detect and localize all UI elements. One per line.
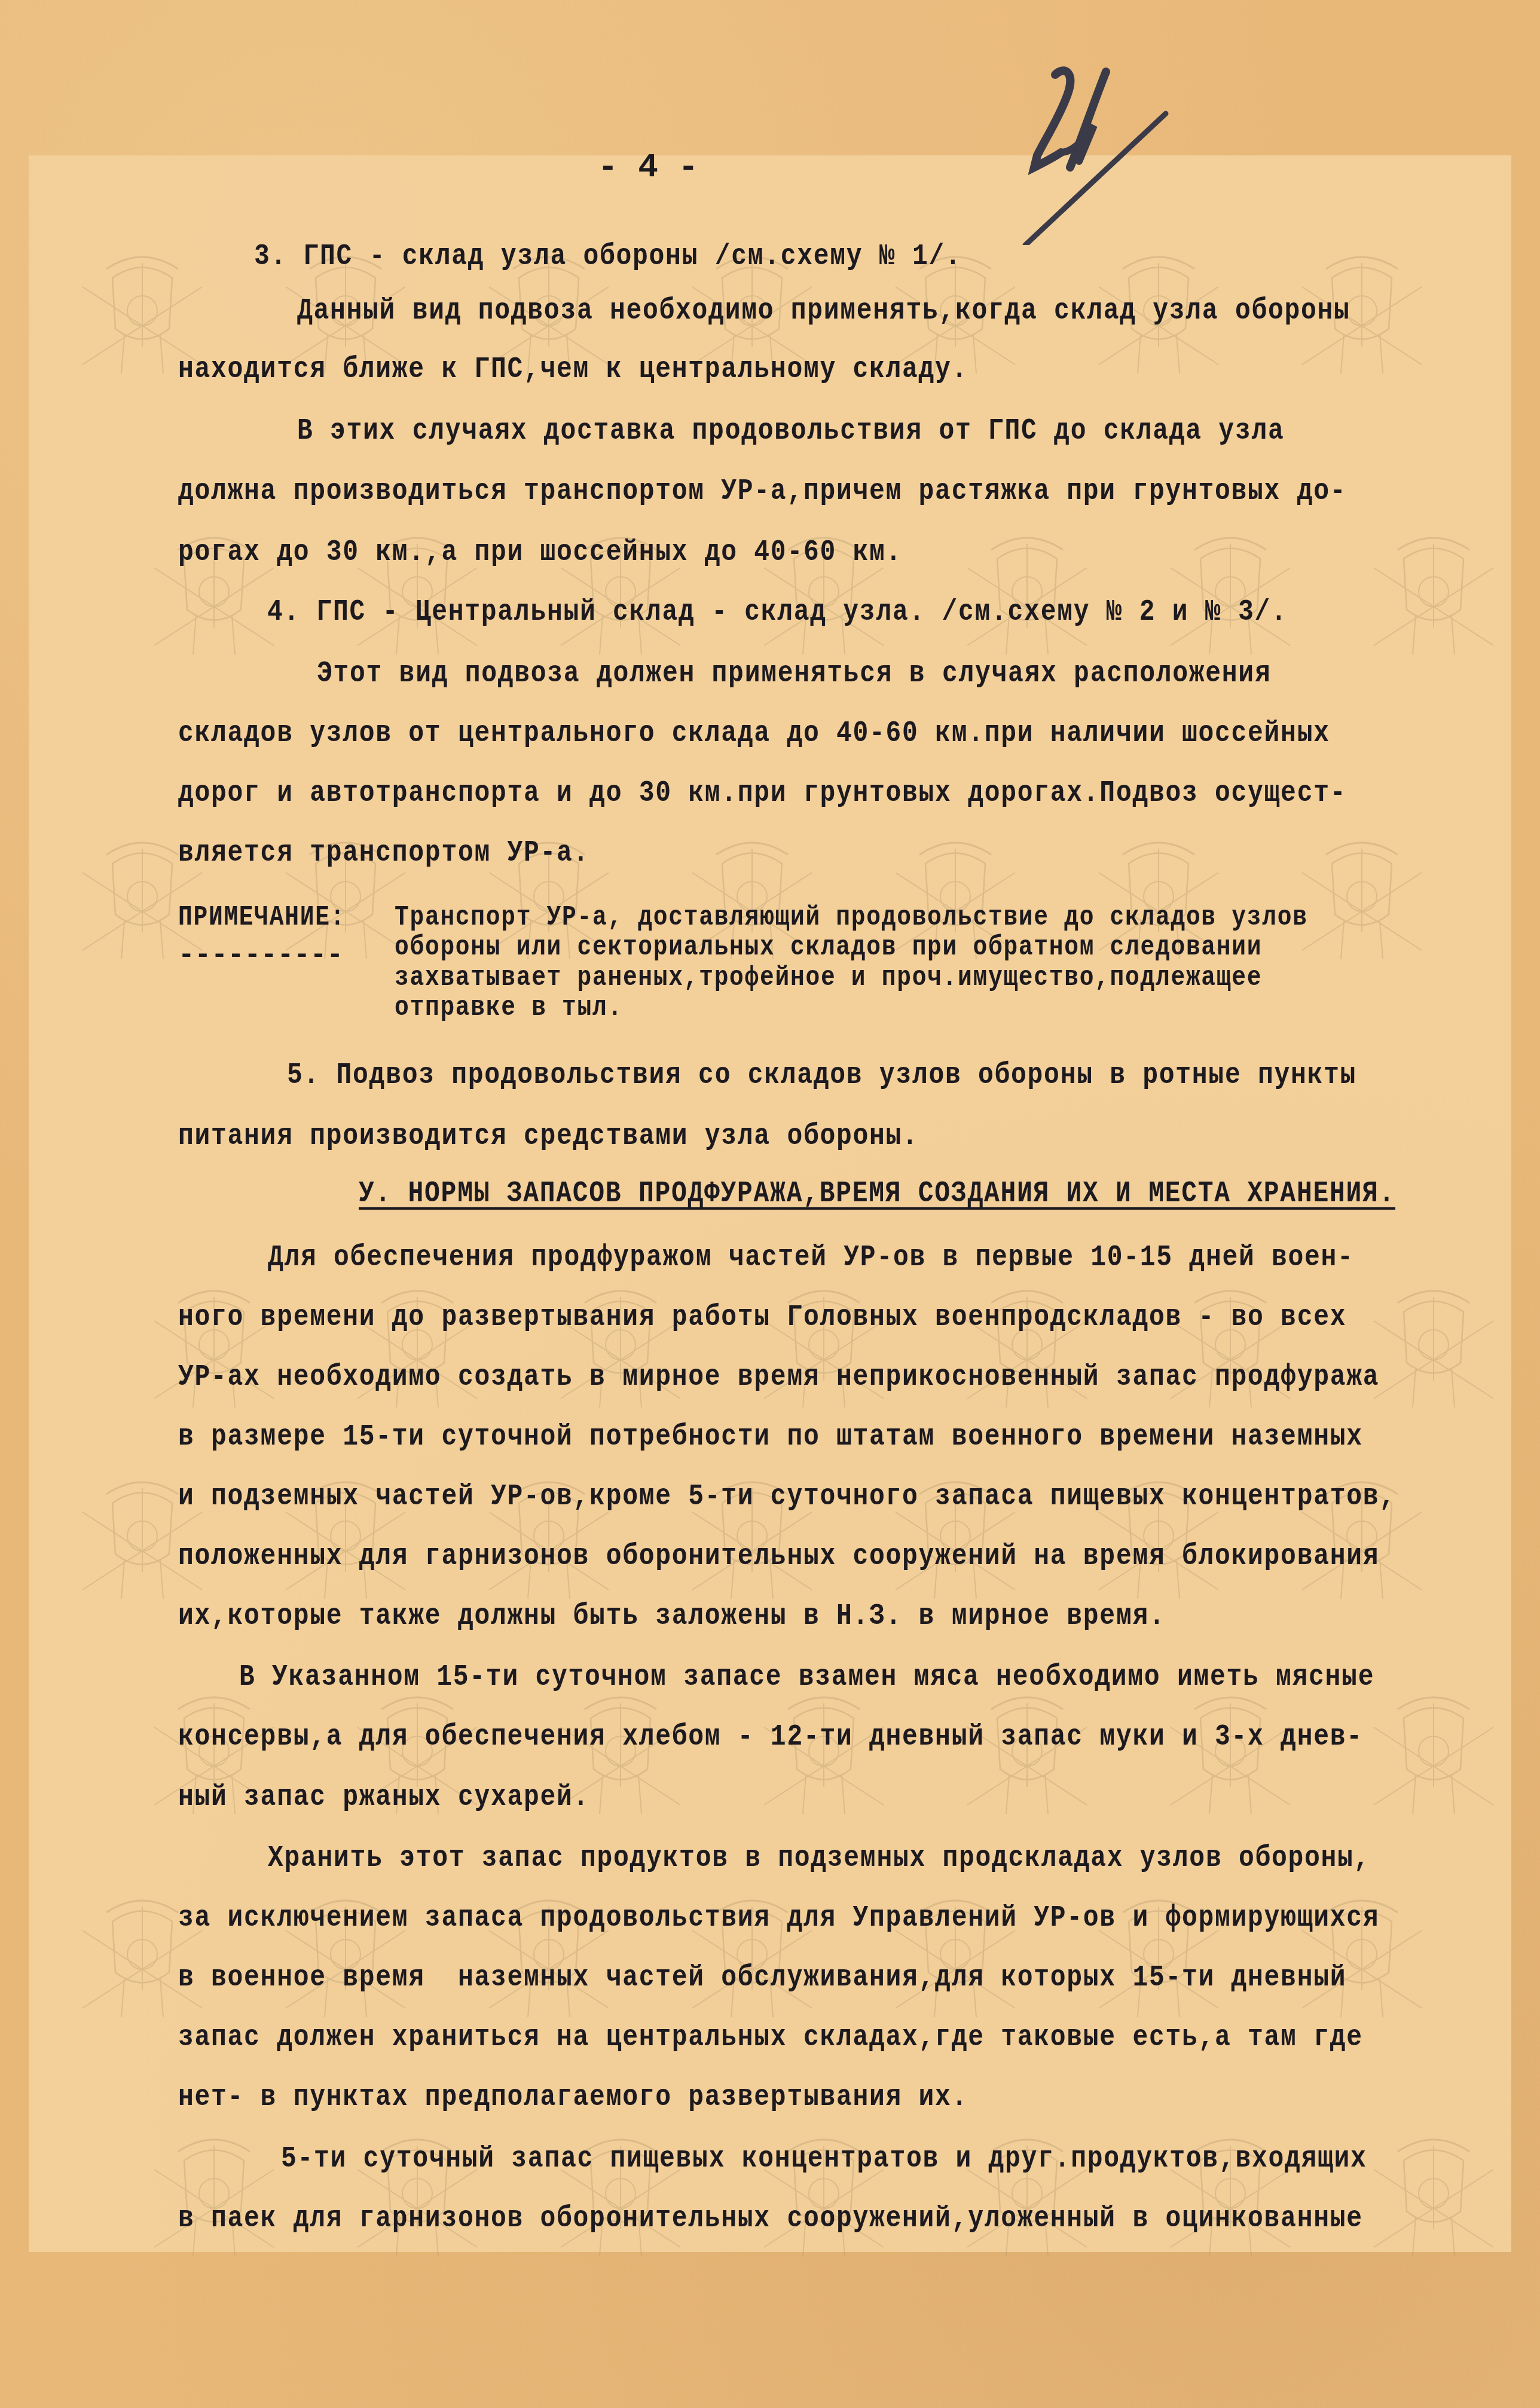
paragraph-line: в военное время наземных частей обслужив… [178, 1963, 1346, 1993]
paragraph-line: и подземных частей УР-ов,кроме 5-ти суто… [178, 1482, 1396, 1512]
paragraph-line: В Указанном 15-ти суточном запасе взамен… [239, 1663, 1374, 1693]
document-body: - 4 - 3. ГПС - склад узла обороны /см.сх… [0, 0, 1540, 2408]
paragraph-line: дорог и автотранспорта и до 30 км.при гр… [178, 779, 1346, 809]
paragraph-line: Хранить этот запас продуктов в подземных… [268, 1844, 1370, 1874]
paragraph-line: 5-ти суточный запас пищевых концентратов… [281, 2144, 1367, 2174]
paragraph-line: в паек для гарнизонов оборонительных соо… [178, 2204, 1363, 2234]
paragraph-line: УР-ах необходимо создать в мирное время … [178, 1363, 1379, 1393]
paragraph-line: Этот вид подвоза должен применяться в сл… [317, 659, 1271, 689]
page-number: - 4 - [598, 148, 698, 186]
paragraph-line: ный запас ржаных сухарей. [178, 1783, 589, 1813]
item-5-line: питания производится средствами узла обо… [178, 1122, 919, 1152]
note-line: захватывает раненых,трофейное и проч.иму… [395, 964, 1262, 992]
paragraph-line: их,которые также должны быть заложены в … [178, 1602, 1165, 1632]
note-line: Транспорт УР-а, доставляющий продовольст… [395, 904, 1308, 931]
paragraph-line: вляется транспортом УР-а. [178, 839, 589, 868]
item-4-title: 4. ГПС - Центральный склад - склад узла.… [267, 598, 1288, 628]
paragraph-line: положенных для гарнизонов оборонительных… [178, 1542, 1379, 1572]
note-line: обороны или секториальных складов при об… [395, 934, 1262, 961]
item-5-line: 5. Подвоз продовольствия со складов узло… [287, 1061, 1356, 1091]
paragraph-line: Для обеспечения продфуражом частей УР-ов… [268, 1243, 1354, 1273]
section-5-heading: У. НОРМЫ ЗАПАСОВ ПРОДФУРАЖА,ВРЕМЯ СОЗДАН… [359, 1179, 1395, 1209]
item-3-title: 3. ГПС - склад узла обороны /см.схему № … [254, 242, 962, 272]
paragraph-line: ного времени до развертывания работы Гол… [178, 1303, 1346, 1333]
paragraph-line: находится ближе к ГПС,чем к центральному… [178, 355, 968, 385]
paragraph-line: за исключением запаса продовольствия для… [178, 1904, 1379, 1933]
note-underline-dashes: ---------- [178, 940, 343, 971]
paragraph-line: рогах до 30 км.,а при шоссейных до 40-60… [178, 538, 902, 568]
paragraph-line: запас должен храниться на центральных ск… [178, 2023, 1363, 2053]
paragraph-line: нет- в пунктах предполагаемого развертыв… [178, 2083, 968, 2113]
paragraph-line: В этих случаях доставка продовольствия о… [297, 417, 1284, 446]
note-line: отправке в тыл. [395, 994, 623, 1021]
paragraph-line: должна производиться транспортом УР-а,пр… [178, 477, 1346, 507]
note-label: ПРИМЕЧАНИЕ: [178, 904, 346, 931]
paragraph-line: Данный вид подвоза необходимо применять,… [297, 296, 1350, 326]
paragraph-line: консервы,а для обеспечения хлебом - 12-т… [178, 1722, 1363, 1752]
paragraph-line: складов узлов от центрального склада до … [178, 719, 1330, 749]
paragraph-line: в размере 15-ти суточной потребности по … [178, 1422, 1363, 1452]
